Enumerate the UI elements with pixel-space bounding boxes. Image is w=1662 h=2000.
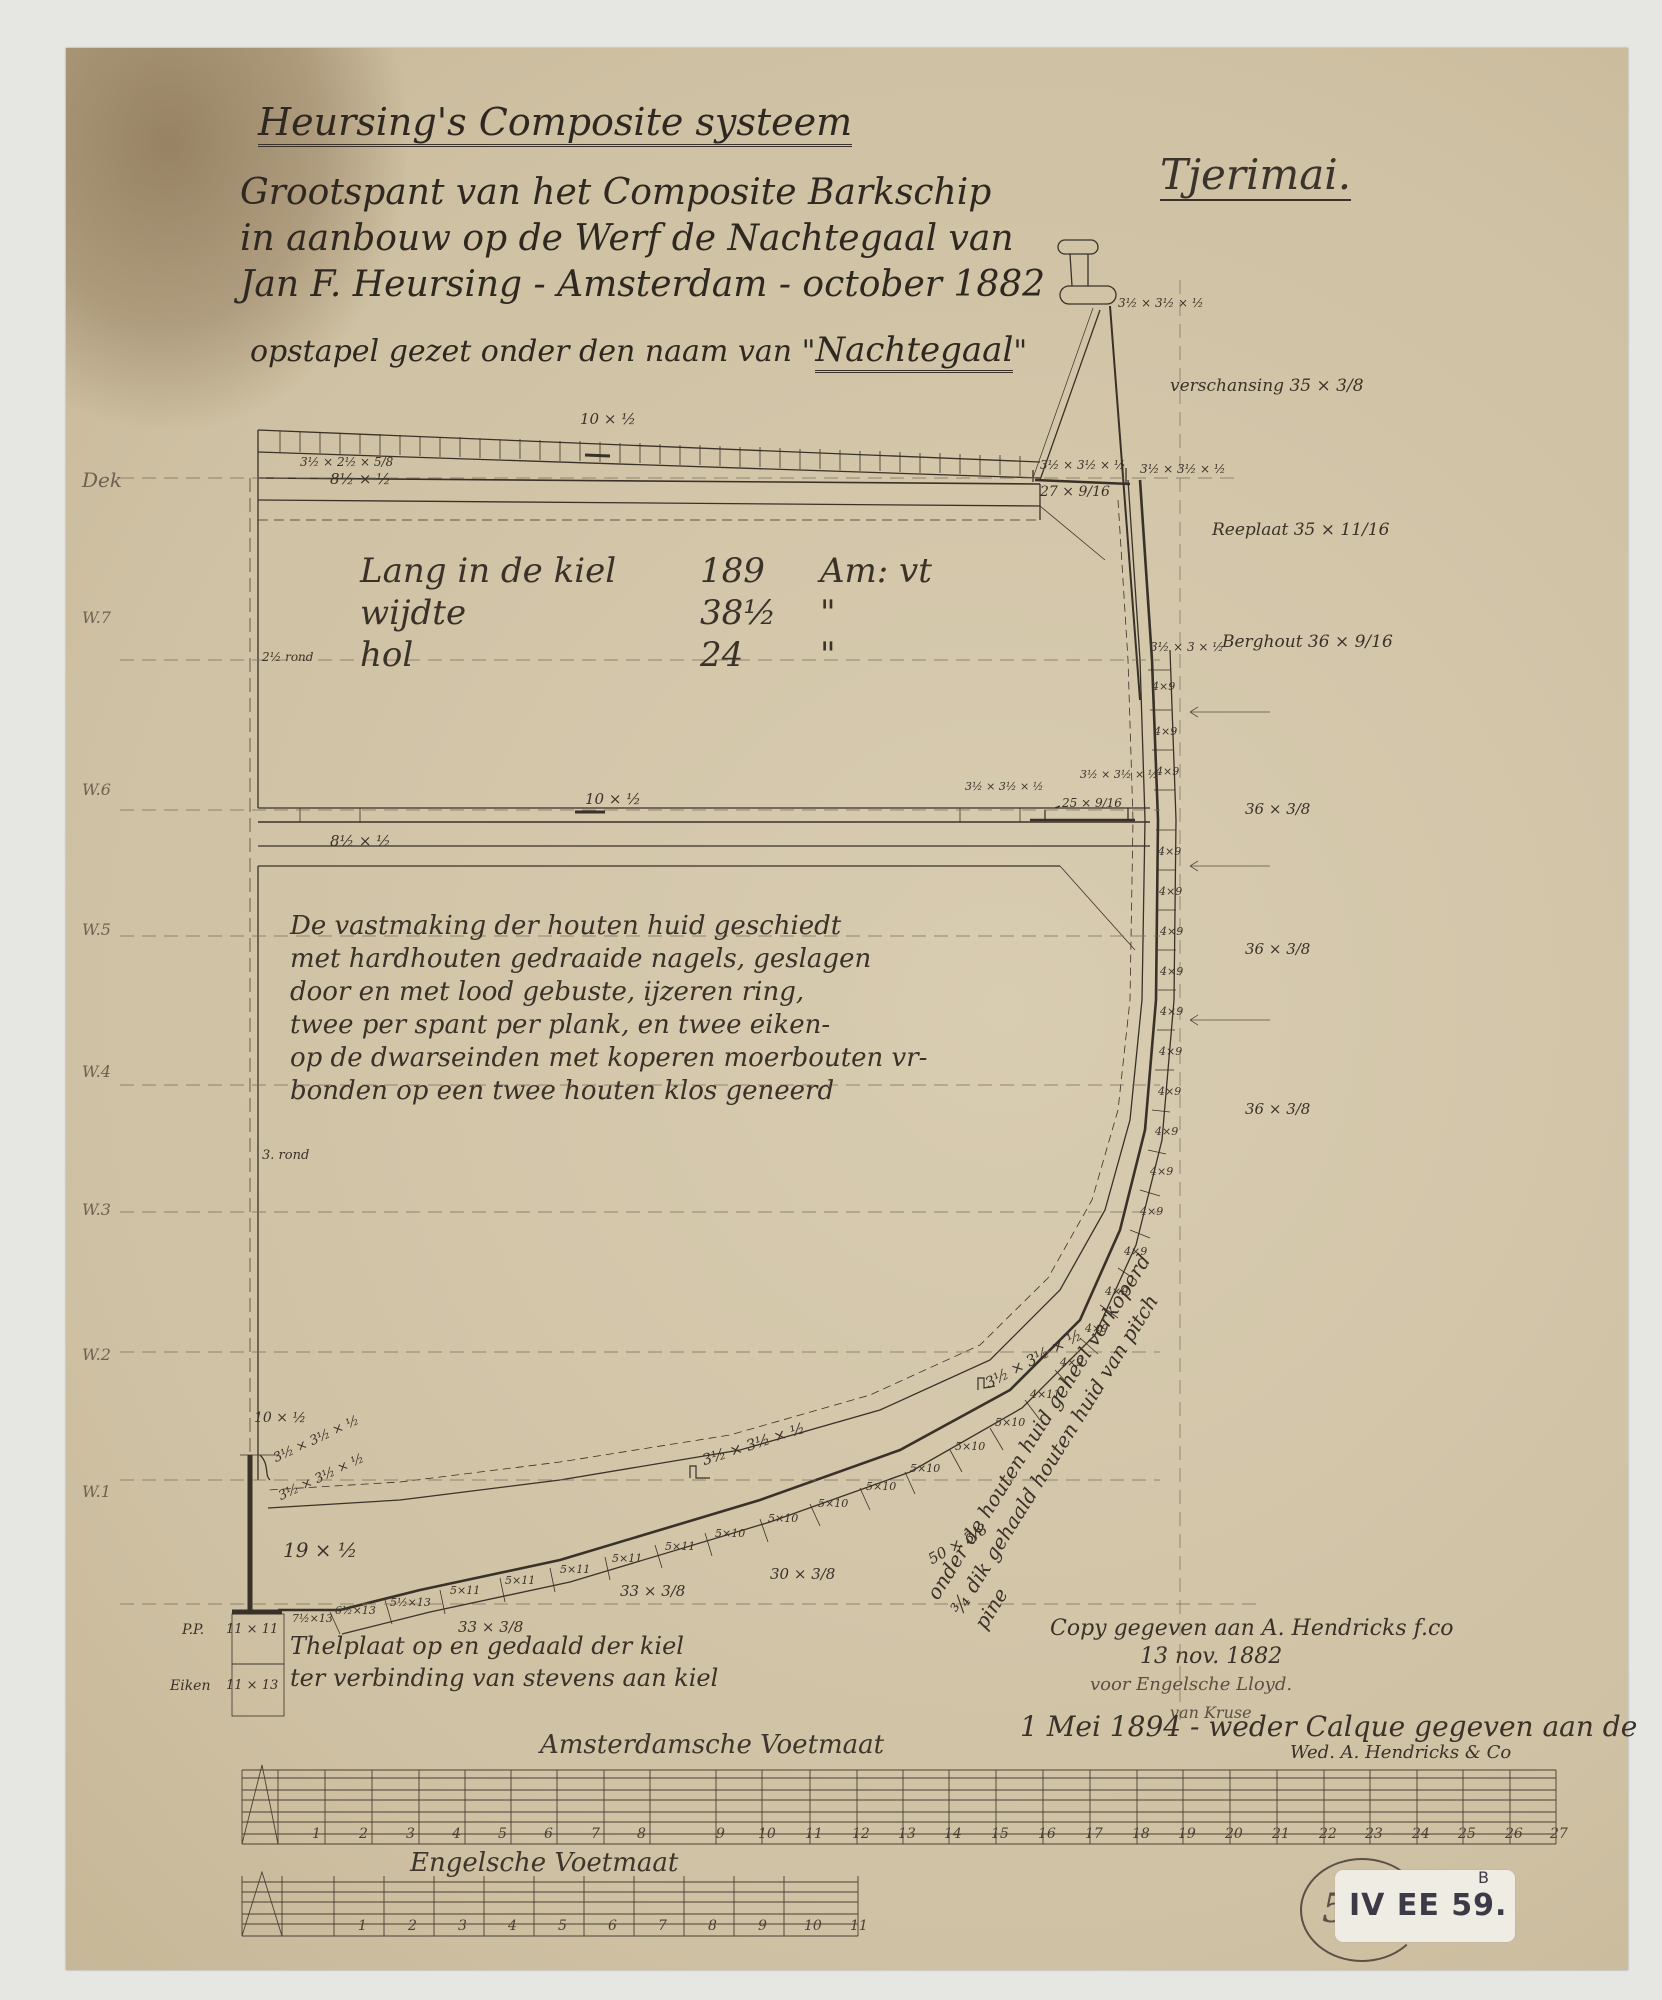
lower-stringer-plate-label: 25 × 9/16 (1062, 796, 1122, 810)
gunwale-angle-right-label: 3½ × 3½ × ½ (1140, 462, 1226, 476)
archive-label-superscript: B (1478, 1868, 1489, 1887)
pillar-upper-label: 2½ rond (262, 650, 313, 664)
engelsche-scale-title: Engelsche Voetmaat (410, 1848, 678, 1878)
scale-tick: 10 (758, 1826, 776, 1842)
scale-tick: 23 (1365, 1826, 1383, 1842)
scale-tick: 9 (758, 1918, 767, 1934)
waterline-4: W.4 (82, 1062, 111, 1081)
scale-tick: 2 (408, 1918, 417, 1934)
plank-size: 4×9 (1159, 1045, 1182, 1058)
scale-tick: 24 (1412, 1826, 1430, 1842)
scale-tick: 10 (804, 1918, 822, 1934)
plank-size: 5×10 (715, 1527, 745, 1540)
scale-tick: 15 (991, 1826, 1009, 1842)
verschansing-label: verschansing 35 × 3/8 (1170, 376, 1364, 396)
dimension-row-length: Lang in de kiel189Am: vt (360, 550, 940, 592)
plank-size: 4×9 (1124, 1245, 1147, 1258)
upper-deck-plank-label: 10 × ½ (580, 410, 636, 428)
upper-stringer-label: 8½ × ½ (330, 470, 391, 488)
plank-size: 5×10 (995, 1416, 1025, 1429)
archive-label: B IV EE 59. (1335, 1870, 1515, 1942)
dimension-row-breadth: wijdte38½" (360, 592, 940, 634)
scale-tick: 11 (805, 1826, 823, 1842)
scale-tick: 26 (1505, 1826, 1523, 1842)
scale-tick: 27 (1550, 1826, 1568, 1842)
lower-beam-angle-2-label: 3½ × 3½ × ½ (1080, 768, 1158, 781)
plank-size: 5×10 (818, 1497, 848, 1510)
plank-size: 4×9 (1140, 1205, 1163, 1218)
principal-dimensions: Lang in de kiel189Am: vt wijdte38½" hol2… (360, 550, 940, 676)
plank-size: 4×9 (1105, 1285, 1128, 1298)
plank-size: 4×9 (1160, 965, 1183, 978)
scale-tick: 9 (716, 1826, 725, 1842)
waterline-7: W.7 (82, 608, 111, 627)
side-plate-1-label: 36 × 3/8 (1245, 800, 1310, 818)
scale-tick: 3 (458, 1918, 467, 1934)
scale-tick: 11 (850, 1918, 868, 1934)
waterline-1: W.1 (82, 1482, 111, 1501)
plank-size: 5½×13 (390, 1596, 431, 1609)
scale-tick: 5 (558, 1918, 567, 1934)
scale-tick: 13 (898, 1826, 916, 1842)
side-plate-3-label: 36 × 3/8 (1245, 1100, 1310, 1118)
plank-size: 4×9 (1152, 680, 1175, 693)
scale-tick: 5 (498, 1826, 507, 1842)
scale-tick: 6 (544, 1826, 553, 1842)
berghout-label: Berghout 36 × 9/16 (1222, 632, 1393, 652)
plank-size: 4×9 (1155, 1125, 1178, 1138)
calque-note-recipient: Wed. A. Hendricks & Co (1290, 1742, 1511, 1763)
keel-eiken-label: Eiken (170, 1678, 210, 1694)
scale-tick: 8 (637, 1826, 646, 1842)
calque-note: 1 Mei 1894 - weder Calque gegeven aan de (1020, 1710, 1637, 1743)
plank-size: 5×11 (505, 1574, 535, 1587)
scale-tick: 1 (312, 1826, 321, 1842)
plank-size: 4×9 (1160, 1005, 1183, 1018)
keel-pp-label: P.P. (182, 1622, 204, 1638)
scale-tick: 17 (1085, 1826, 1103, 1842)
copy-note-recipient: voor Engelsche Lloyd. (1050, 1671, 1454, 1699)
sheer-plate-label: 27 × 9/16 (1040, 484, 1110, 500)
gunwale-angle-left-label: 3½ × 3½ × ½ (1040, 458, 1126, 472)
scale-tick: 6 (608, 1918, 617, 1934)
scale-tick: 4 (508, 1918, 517, 1934)
scale-tick: 4 (452, 1826, 461, 1842)
dimension-row-depth: hol24" (360, 634, 940, 676)
lower-deck-plank-label: 10 × ½ (585, 790, 641, 808)
keel-note: Thelplaat op en gedaald der kiel ter ver… (290, 1630, 718, 1694)
scale-tick: 12 (852, 1826, 870, 1842)
plank-size: 5×11 (665, 1540, 695, 1553)
scale-tick: 16 (1038, 1826, 1056, 1842)
pillar-lower-label: 3. rond (262, 1148, 309, 1163)
plank-size: 7½×13 (292, 1612, 333, 1625)
plank-size: 5×10 (866, 1480, 896, 1493)
copy-note-line1: Copy gegeven aan A. Hendricks f.co (1050, 1615, 1454, 1643)
launch-name-note: opstapel gezet onder den naam van "Nacht… (250, 330, 1027, 370)
plank-size: 5×11 (612, 1552, 642, 1565)
lower-beam-angle-label: 3½ × 3½ × ½ (965, 780, 1043, 793)
side-plate-2-label: 36 × 3/8 (1245, 940, 1310, 958)
waterline-2: W.2 (82, 1345, 111, 1364)
vessel-name: Tjerimai. (1160, 150, 1351, 201)
upper-beam-angle-label: 3½ × 2½ × 5/8 (300, 455, 393, 469)
plank-size: 5×10 (955, 1440, 985, 1453)
drawing-title: Grootspant van het Composite Barkschip i… (240, 170, 1045, 308)
system-title: Heursing's Composite systeem (258, 100, 852, 144)
waterline-5: W.5 (82, 920, 111, 939)
scale-tick: 2 (359, 1826, 368, 1842)
amsterdam-scale-title: Amsterdamsche Voetmaat (540, 1730, 884, 1760)
scale-tick: 8 (708, 1918, 717, 1934)
plank-size: 6½×13 (335, 1604, 376, 1617)
scale-tick: 7 (658, 1918, 667, 1934)
keelson-top-label: 10 × ½ (254, 1410, 306, 1426)
plank-size: 4×9 (1160, 925, 1183, 938)
lower-stringer-label: 8½ × ½ (330, 832, 391, 850)
plank-size: 4×9 (1159, 885, 1182, 898)
plank-size: 4×9 (1158, 1085, 1181, 1098)
scale-tick: 7 (591, 1826, 600, 1842)
garboard-2-label: 33 × 3/8 (620, 1582, 685, 1600)
bottom-plate-label: 30 × 3/8 (770, 1565, 835, 1583)
waterline-deck: Dek (82, 468, 122, 492)
waterline-3: W.3 (82, 1200, 111, 1219)
archive-label-code: IV EE 59. (1349, 1888, 1507, 1923)
scale-tick: 20 (1225, 1826, 1243, 1842)
scale-tick: 21 (1272, 1826, 1290, 1842)
plank-size: 4×9 (1060, 1356, 1083, 1369)
frame-angle-upper-label: 3½ × 3 × ½ (1150, 640, 1224, 654)
reeplaat-label: Reeplaat 35 × 11/16 (1212, 520, 1389, 540)
scale-tick: 14 (944, 1826, 962, 1842)
plank-size: 4×9 (1150, 1165, 1173, 1178)
gunwale-angle-top-label: 3½ × 3½ × ½ (1118, 296, 1204, 310)
plank-size: 5×11 (450, 1584, 480, 1597)
scale-tick: 25 (1458, 1826, 1476, 1842)
plank-size: 4×9 (1156, 765, 1179, 778)
floor-plate-label: 19 × ½ (283, 1538, 357, 1562)
keel-pp-size: 11 × 11 (226, 1622, 278, 1637)
scale-tick: 1 (358, 1918, 367, 1934)
scale-tick: 22 (1319, 1826, 1337, 1842)
scale-tick: 19 (1178, 1826, 1196, 1842)
waterline-6: W.6 (82, 780, 111, 799)
plank-size: 5×10 (768, 1512, 798, 1525)
plank-size: 4×11 (1030, 1388, 1060, 1401)
scale-tick: 3 (406, 1826, 415, 1842)
plank-size: 5×10 (910, 1462, 940, 1475)
copy-note-date: 13 nov. 1882 (1050, 1643, 1454, 1671)
plank-size: 4×9 (1154, 725, 1177, 738)
scale-tick: 18 (1132, 1826, 1150, 1842)
keel-eiken-size: 11 × 13 (226, 1678, 278, 1693)
plank-size: 5×11 (560, 1563, 590, 1576)
plank-size: 4×9 (1085, 1322, 1108, 1335)
fastening-note: De vastmaking der houten huid geschiedt … (290, 910, 927, 1108)
plank-size: 4×9 (1158, 845, 1181, 858)
